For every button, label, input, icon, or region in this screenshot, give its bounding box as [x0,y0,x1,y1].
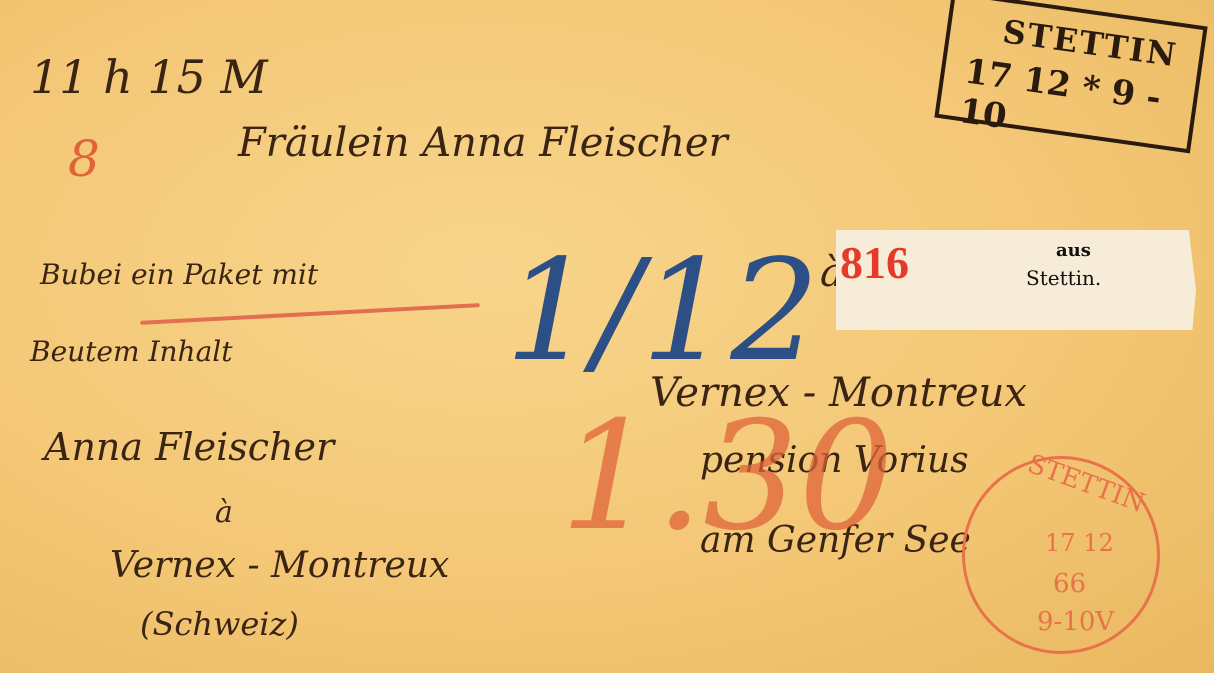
red-postage-marking: 1.30 [560,390,894,564]
time-notation: 11 h 15 M [30,50,268,104]
left-note-line5: Vernex - Montreux [110,545,449,586]
address-line1: Fräulein Anna Fleischer [238,120,728,166]
blue-postage-marking: 1/12 [505,230,819,393]
left-note-line2: Beutem Inhalt [30,335,232,368]
red-underline [140,303,480,325]
left-note-line1: Bubei ein Paket mit [40,258,318,291]
left-note-line3: Anna Fleischer [44,425,334,469]
left-note-line4: à [215,495,233,530]
registration-number: 816 [840,236,909,289]
registration-label: 816 aus Stettin. [836,230,1196,330]
envelope: 11 h 15 M 8 Fräulein Anna Fleischer à Ve… [0,0,1214,673]
stettin-circular-postmark: STETTIN 17 12 66 9-10V [962,456,1160,654]
left-note-line6: (Schweiz) [140,605,299,643]
red-number: 8 [68,130,100,188]
stettin-box-postmark: STETTIN 17 12 * 9 - 10 [934,0,1207,153]
